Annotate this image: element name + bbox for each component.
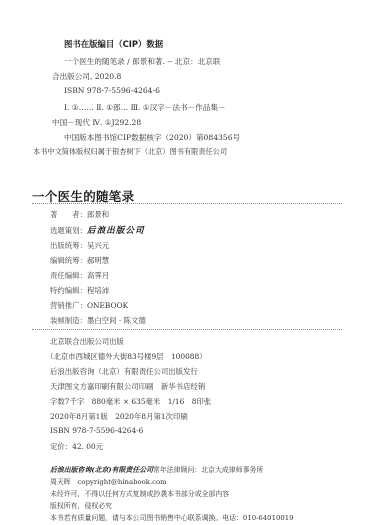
cip-heading: 图书在版编目（CIP）数据: [64, 38, 163, 50]
cip-line: 中国－现代 Ⅳ. ①J292.28: [52, 117, 141, 128]
dotted-divider: [32, 203, 342, 204]
cip-line: ISBN 978-7-5596-4264-6: [64, 86, 160, 95]
pub-specs: 字数7千字 880毫米 × 635毫米 1/16 8印张: [50, 396, 211, 407]
credit-editing-coordinator: 编辑统筹：郝明慧: [50, 255, 109, 266]
cip-line: 合出版公司, 2020.8: [52, 71, 121, 82]
dotted-divider: [32, 329, 342, 330]
legal-counsel: 后浪出版咨询(北京)有限责任公司常年法律顾问：北京大成律师事务所: [50, 464, 263, 474]
cip-line: 一个医生的随笔录 / 郎景和著. -- 北京：北京联: [64, 56, 220, 67]
pub-line: 后浪出版咨询（北京）有限责任公司出版发行: [50, 366, 198, 377]
credit-design: 装帧制造：墨白空间 · 陈文德: [50, 315, 146, 326]
pub-address: （北京市西城区德外大街83号楼9层 100088）: [46, 351, 207, 362]
pub-line: 北京联合出版公司出版: [50, 336, 124, 347]
pub-edition: 2020年8月第1版 2020年8月第1次印刷: [50, 411, 188, 422]
credit-responsible-editor: 责任编辑：高霁月: [50, 270, 109, 281]
contact-email: 周天晖 copyright@hinabook.com: [50, 476, 167, 486]
reproduction-notice: 未经许可，不得以任何方式复制或抄袭本书部分或全部内容: [50, 488, 229, 498]
cip-data-number: 中国版本图书馆CIP数据核字（2020）第084356号: [64, 132, 240, 143]
credit-special-editor: 特约编辑：程培沛: [50, 285, 109, 296]
credit-publishing-coordinator: 出版统筹：吴兴元: [50, 240, 109, 251]
pub-line: 天津图文方嘉印刷有限公司印刷 新华书店经销: [50, 381, 205, 392]
publisher-logo-text: 后浪出版公司: [87, 226, 145, 236]
cip-line: Ⅰ. ①…… Ⅱ. ①郎… Ⅲ. ①汉字－法书－作品集－: [64, 102, 226, 113]
credit-marketing: 营销推广：ONEBOOK: [50, 300, 128, 311]
copyright-ownership-note: 本书中文简体版权归属于银杏树下（北京）图书有限责任公司: [33, 147, 227, 157]
pub-price: 定价：42. 00元: [50, 441, 103, 452]
pub-isbn: ISBN 978-7-5596-4264-6: [50, 426, 143, 435]
credit-author: 著 者：郎景和: [50, 209, 109, 220]
quality-contact: 本书若有质量问题，请与本公司图书销售中心联系调换。电话：010-64010019: [50, 512, 294, 522]
all-rights-reserved: 版权所有，侵权必究: [50, 500, 112, 510]
credit-planning: 选题策划：后浪出版公司: [50, 224, 145, 236]
